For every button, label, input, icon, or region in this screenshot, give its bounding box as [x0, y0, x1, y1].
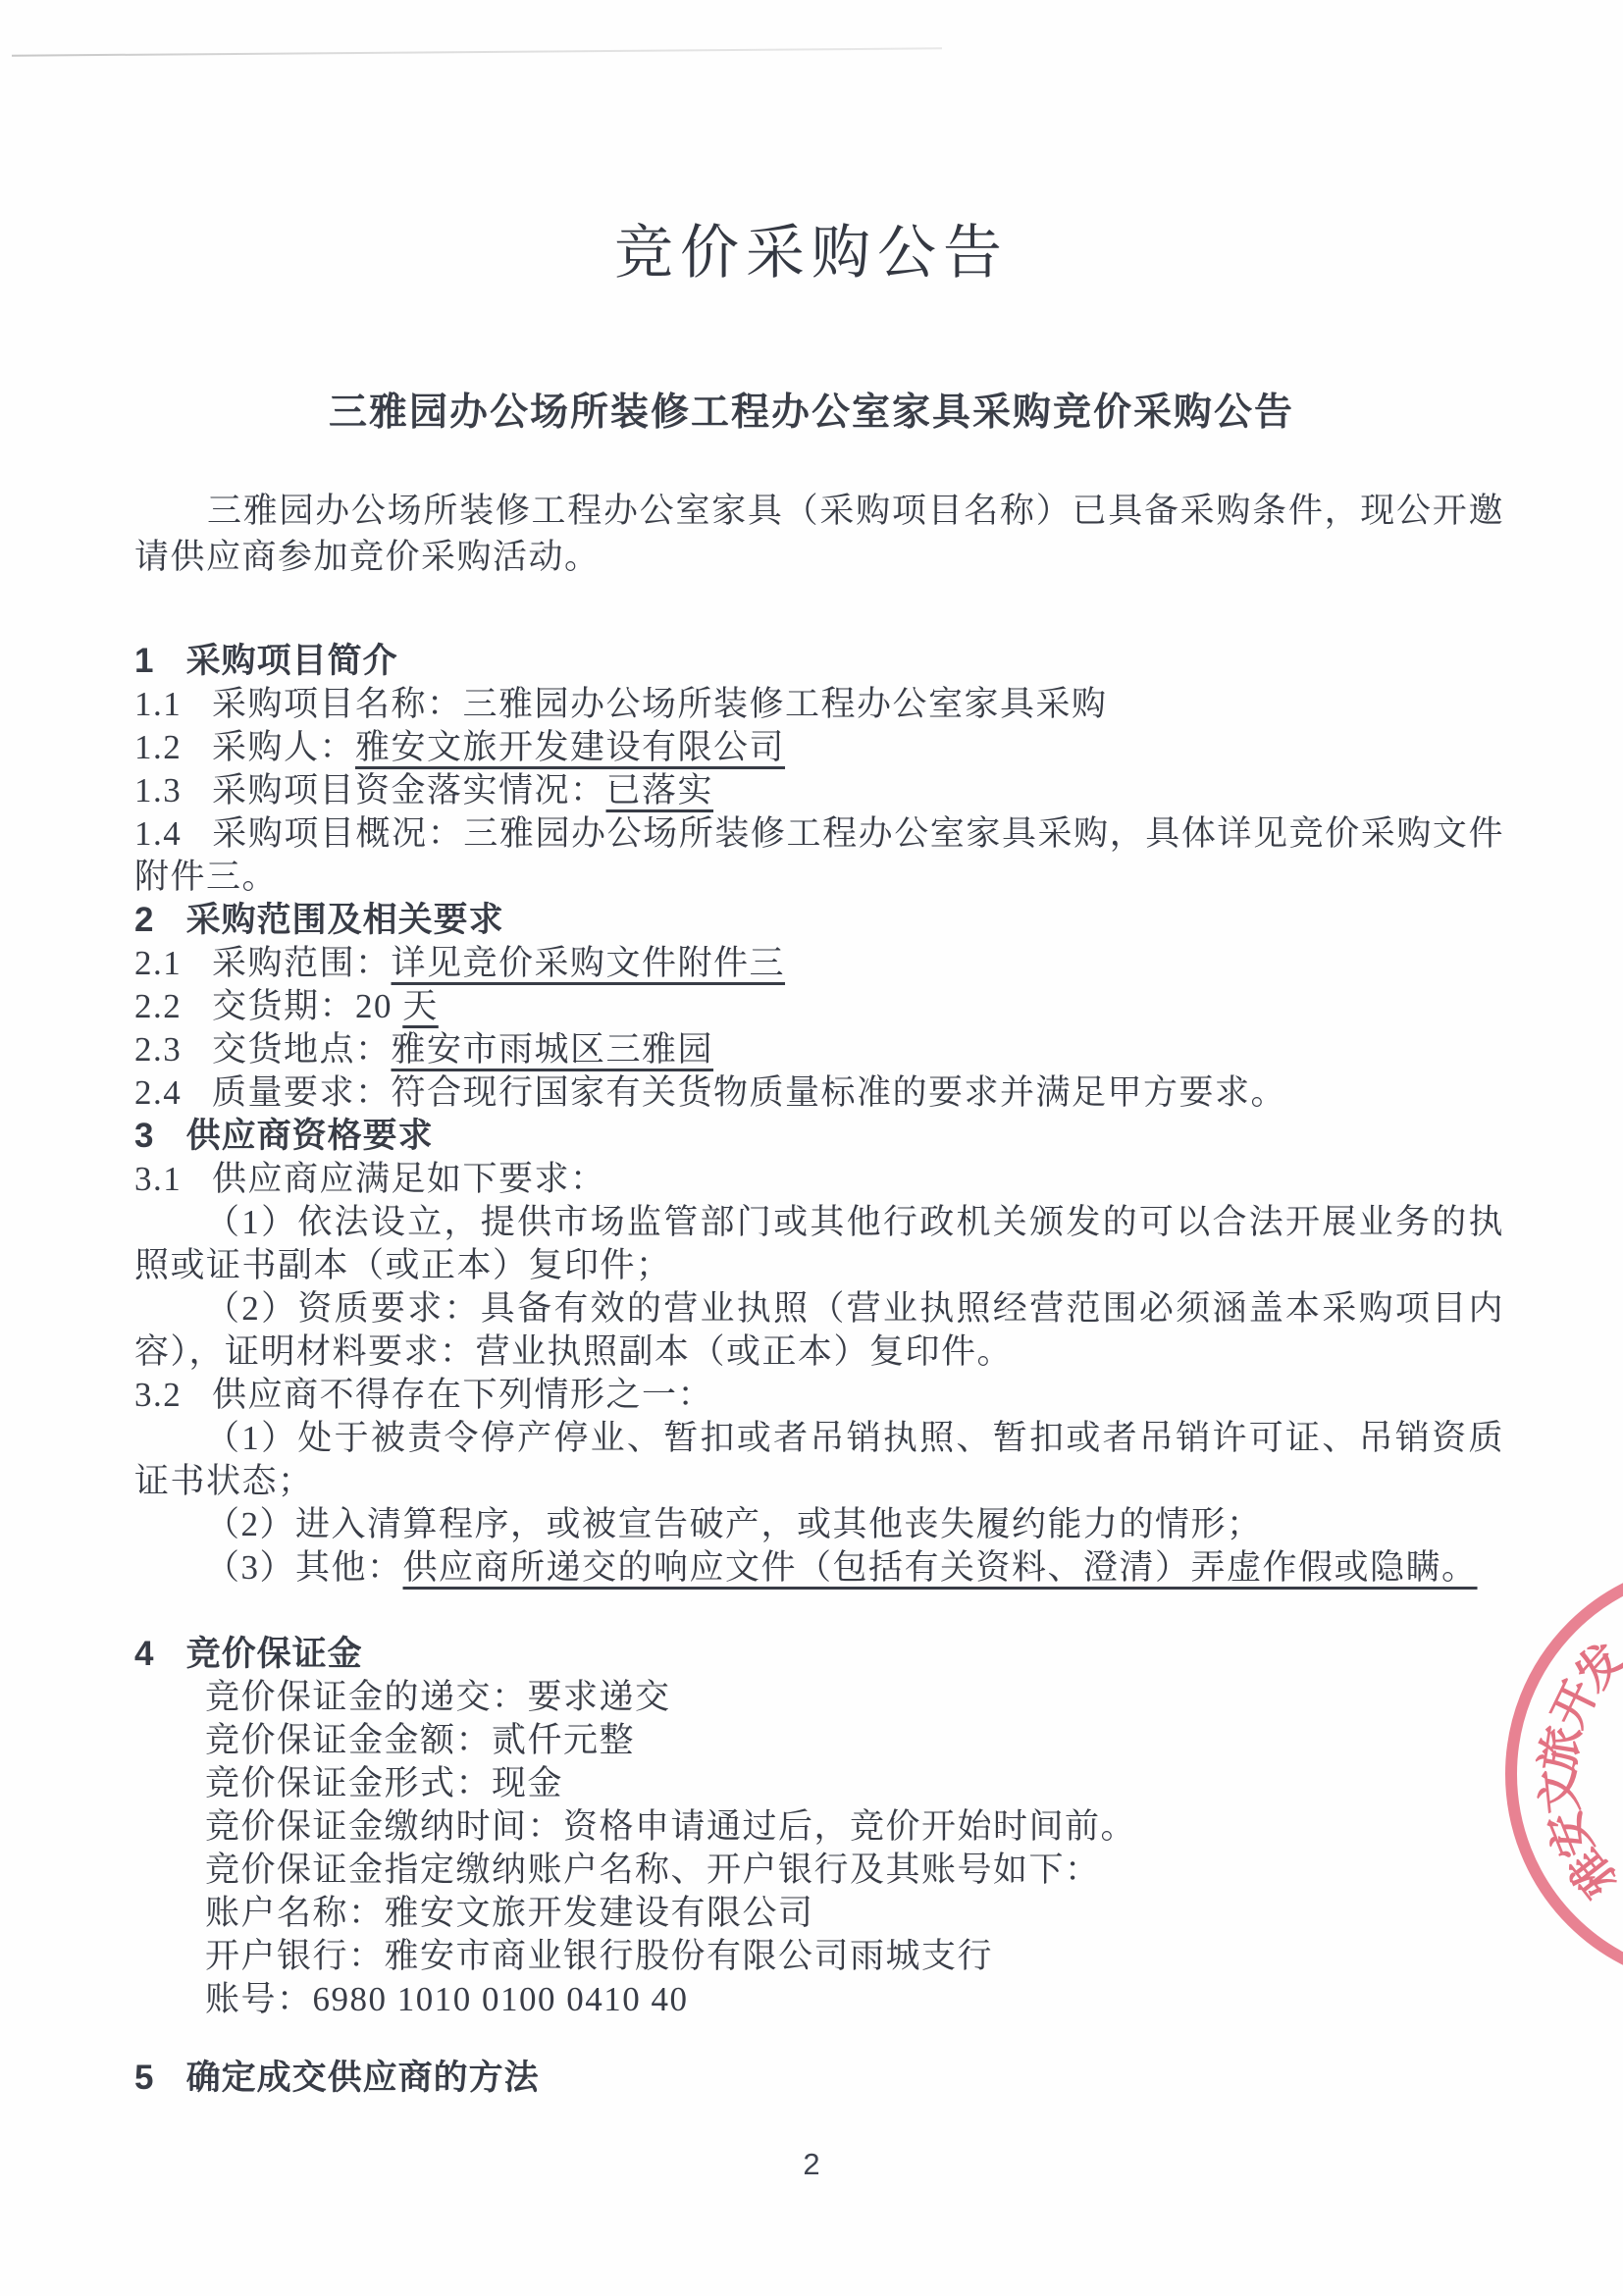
- text-segment: 2.4 质量要求：符合现行国家有关货物质量标准的要求并满足甲方要求。: [134, 1073, 1286, 1112]
- text-segment: （1）处于被责令停产停业、暂扣或者吊销执照、暂扣或者吊销许可证、吊销资质证书状态…: [134, 1419, 1504, 1500]
- body-paragraph: （1）依法设立，提供市场监管部门或其他行政机关颁发的可以合法开展业务的执照或证书…: [134, 1201, 1504, 1287]
- text-segment: 1.2 采购人：: [134, 728, 355, 766]
- text-segment: 账号：6980 1010 0100 0410 40: [205, 1980, 689, 2018]
- text-segment: 雅安文旅开发建设有限公司: [355, 728, 785, 766]
- body-paragraph: 竞价保证金金额：贰仟元整: [134, 1719, 1504, 1762]
- text-segment: 竞价保证金形式：现金: [205, 1764, 563, 1802]
- body-paragraph: 2 采购范围及相关要求: [134, 899, 1504, 942]
- text-segment: 竞价保证金的递交：要求递交: [205, 1678, 671, 1716]
- text-segment: 详见竞价采购文件附件三: [392, 944, 786, 982]
- body-paragraph: 竞价保证金缴纳时间：资格申请通过后，竞价开始时间前。: [134, 1805, 1504, 1849]
- text-segment: 3.2 供应商不得存在下列情形之一：: [134, 1376, 713, 1414]
- body-paragraph: 3.1 供应商应满足如下要求：: [134, 1158, 1504, 1201]
- stamp-character: 开: [1542, 1672, 1607, 1735]
- text-segment: 4 竞价保证金: [134, 1635, 363, 1673]
- text-segment: 2 采购范围及相关要求: [134, 901, 504, 939]
- body-paragraph: 1.4 采购项目概况：三雅园办公场所装修工程办公室家具采购，具体详见竞价采购文件…: [134, 812, 1504, 899]
- text-segment: 开户银行：雅安市商业银行股份有限公司雨城支行: [205, 1937, 993, 1975]
- body-paragraph: 2.2 交货期：20 天: [134, 985, 1504, 1028]
- text-segment: 账户名称：雅安文旅开发建设有限公司: [205, 1894, 814, 1932]
- stamp-character: 发: [1565, 1633, 1623, 1700]
- document-title: 竞价采购公告: [0, 218, 1623, 288]
- stamp-character: 安: [1538, 1803, 1601, 1864]
- text-segment: 雅安市雨城区三雅园: [392, 1030, 714, 1069]
- spacer: [134, 2021, 1504, 2057]
- body-paragraph: 2.4 质量要求：符合现行国家有关货物质量标准的要求并满足甲方要求。: [134, 1071, 1504, 1115]
- intro-paragraph: 三雅园办公场所装修工程办公室家具（采购项目名称）已具备采购条件，现公开邀请供应商…: [134, 488, 1504, 580]
- text-segment: （2）资质要求：具备有效的营业执照（营业执照经营范围必须涵盖本采购项目内容），证…: [134, 1289, 1504, 1371]
- text-segment: （3）其他：: [205, 1548, 403, 1587]
- text-segment: 5 确定成交供应商的方法: [134, 2059, 540, 2097]
- text-segment: 1 采购项目简介: [134, 642, 398, 680]
- body-paragraph: 3 供应商资格要求: [134, 1115, 1504, 1158]
- spacer: [134, 1590, 1504, 1633]
- body-paragraph: （3）其他：供应商所递交的响应文件（包括有关资料、澄清）弄虚作假或隐瞒。: [134, 1546, 1504, 1590]
- text-segment: 供应商所递交的响应文件（包括有关资料、澄清）弄虚作假或隐瞒。: [403, 1548, 1478, 1587]
- text-segment: 3.1 供应商应满足如下要求：: [134, 1160, 606, 1198]
- text-segment: 1.4 采购项目概况：三雅园办公场所装修工程办公室家具采购，具体详见竞价采购文件…: [134, 814, 1504, 896]
- text-segment: 竞价保证金指定缴纳账户名称、开户银行及其账号如下：: [205, 1851, 1101, 1889]
- body-paragraph: 竞价保证金指定缴纳账户名称、开户银行及其账号如下：: [134, 1849, 1504, 1892]
- body-paragraph: 1.1 采购项目名称：三雅园办公场所装修工程办公室家具采购: [134, 683, 1504, 726]
- body-paragraph: 账号：6980 1010 0100 0410 40: [134, 1978, 1504, 2021]
- body-paragraph: 5 确定成交供应商的方法: [134, 2057, 1504, 2100]
- stamp-character: 文: [1532, 1766, 1588, 1816]
- text-segment: 3 供应商资格要求: [134, 1117, 434, 1155]
- body-paragraph: （2）资质要求：具备有效的营业执照（营业执照经营范围必须涵盖本采购项目内容），证…: [134, 1287, 1504, 1374]
- text-segment: （2）进入清算程序，或被宣告破产，或其他丧失履约能力的情形；: [205, 1505, 1263, 1543]
- scan-artifact-line: [12, 47, 942, 56]
- document-subtitle: 三雅园办公场所装修工程办公室家具采购竞价采购公告: [0, 389, 1623, 438]
- body-paragraph: 1 采购项目简介: [134, 640, 1504, 683]
- body-paragraph: 1.2 采购人：雅安文旅开发建设有限公司: [134, 726, 1504, 769]
- body-paragraph: 竞价保证金的递交：要求递交: [134, 1676, 1504, 1719]
- text-segment: （1）依法设立，提供市场监管部门或其他行政机关颁发的可以合法开展业务的执照或证书…: [134, 1203, 1504, 1284]
- body-paragraph: 2.3 交货地点：雅安市雨城区三雅园: [134, 1028, 1504, 1071]
- body-text: 1 采购项目简介1.1 采购项目名称：三雅园办公场所装修工程办公室家具采购1.2…: [134, 640, 1504, 2100]
- body-paragraph: 竞价保证金形式：现金: [134, 1762, 1504, 1805]
- body-paragraph: 2.1 采购范围：详见竞价采购文件附件三: [134, 942, 1504, 985]
- body-paragraph: 3.2 供应商不得存在下列情形之一：: [134, 1374, 1504, 1417]
- body-paragraph: 开户银行：雅安市商业银行股份有限公司雨城支行: [134, 1935, 1504, 1978]
- body-paragraph: 账户名称：雅安文旅开发建设有限公司: [134, 1892, 1504, 1935]
- stamp-character: 雅: [1558, 1840, 1623, 1906]
- body-paragraph: 4 竞价保证金: [134, 1633, 1504, 1676]
- stamp-character: 旅: [1532, 1723, 1590, 1776]
- body-paragraph: （1）处于被责令停产停业、暂扣或者吊销执照、暂扣或者吊销许可证、吊销资质证书状态…: [134, 1417, 1504, 1503]
- text-segment: 2.1 采购范围：: [134, 944, 392, 982]
- body-paragraph: 1.3 采购项目资金落实情况：已落实: [134, 769, 1504, 812]
- text-segment: 已落实: [606, 771, 714, 809]
- page-number: 2: [0, 2147, 1623, 2182]
- text-segment: 1.1 采购项目名称：三雅园办公场所装修工程办公室家具采购: [134, 685, 1108, 723]
- text-segment: 2.2 交货期：20: [134, 987, 402, 1025]
- text-segment: 2.3 交货地点：: [134, 1030, 392, 1069]
- text-segment: 天: [402, 987, 439, 1025]
- text-segment: 1.3 采购项目资金落实情况：: [134, 771, 606, 809]
- document-page: 竞价采购公告 三雅园办公场所装修工程办公室家具采购竞价采购公告 三雅园办公场所装…: [0, 0, 1623, 2296]
- text-segment: 竞价保证金缴纳时间：资格申请通过后，竞价开始时间前。: [205, 1807, 1136, 1846]
- text-segment: 竞价保证金金额：贰仟元整: [205, 1721, 635, 1759]
- body-paragraph: （2）进入清算程序，或被宣告破产，或其他丧失履约能力的情形；: [134, 1503, 1504, 1546]
